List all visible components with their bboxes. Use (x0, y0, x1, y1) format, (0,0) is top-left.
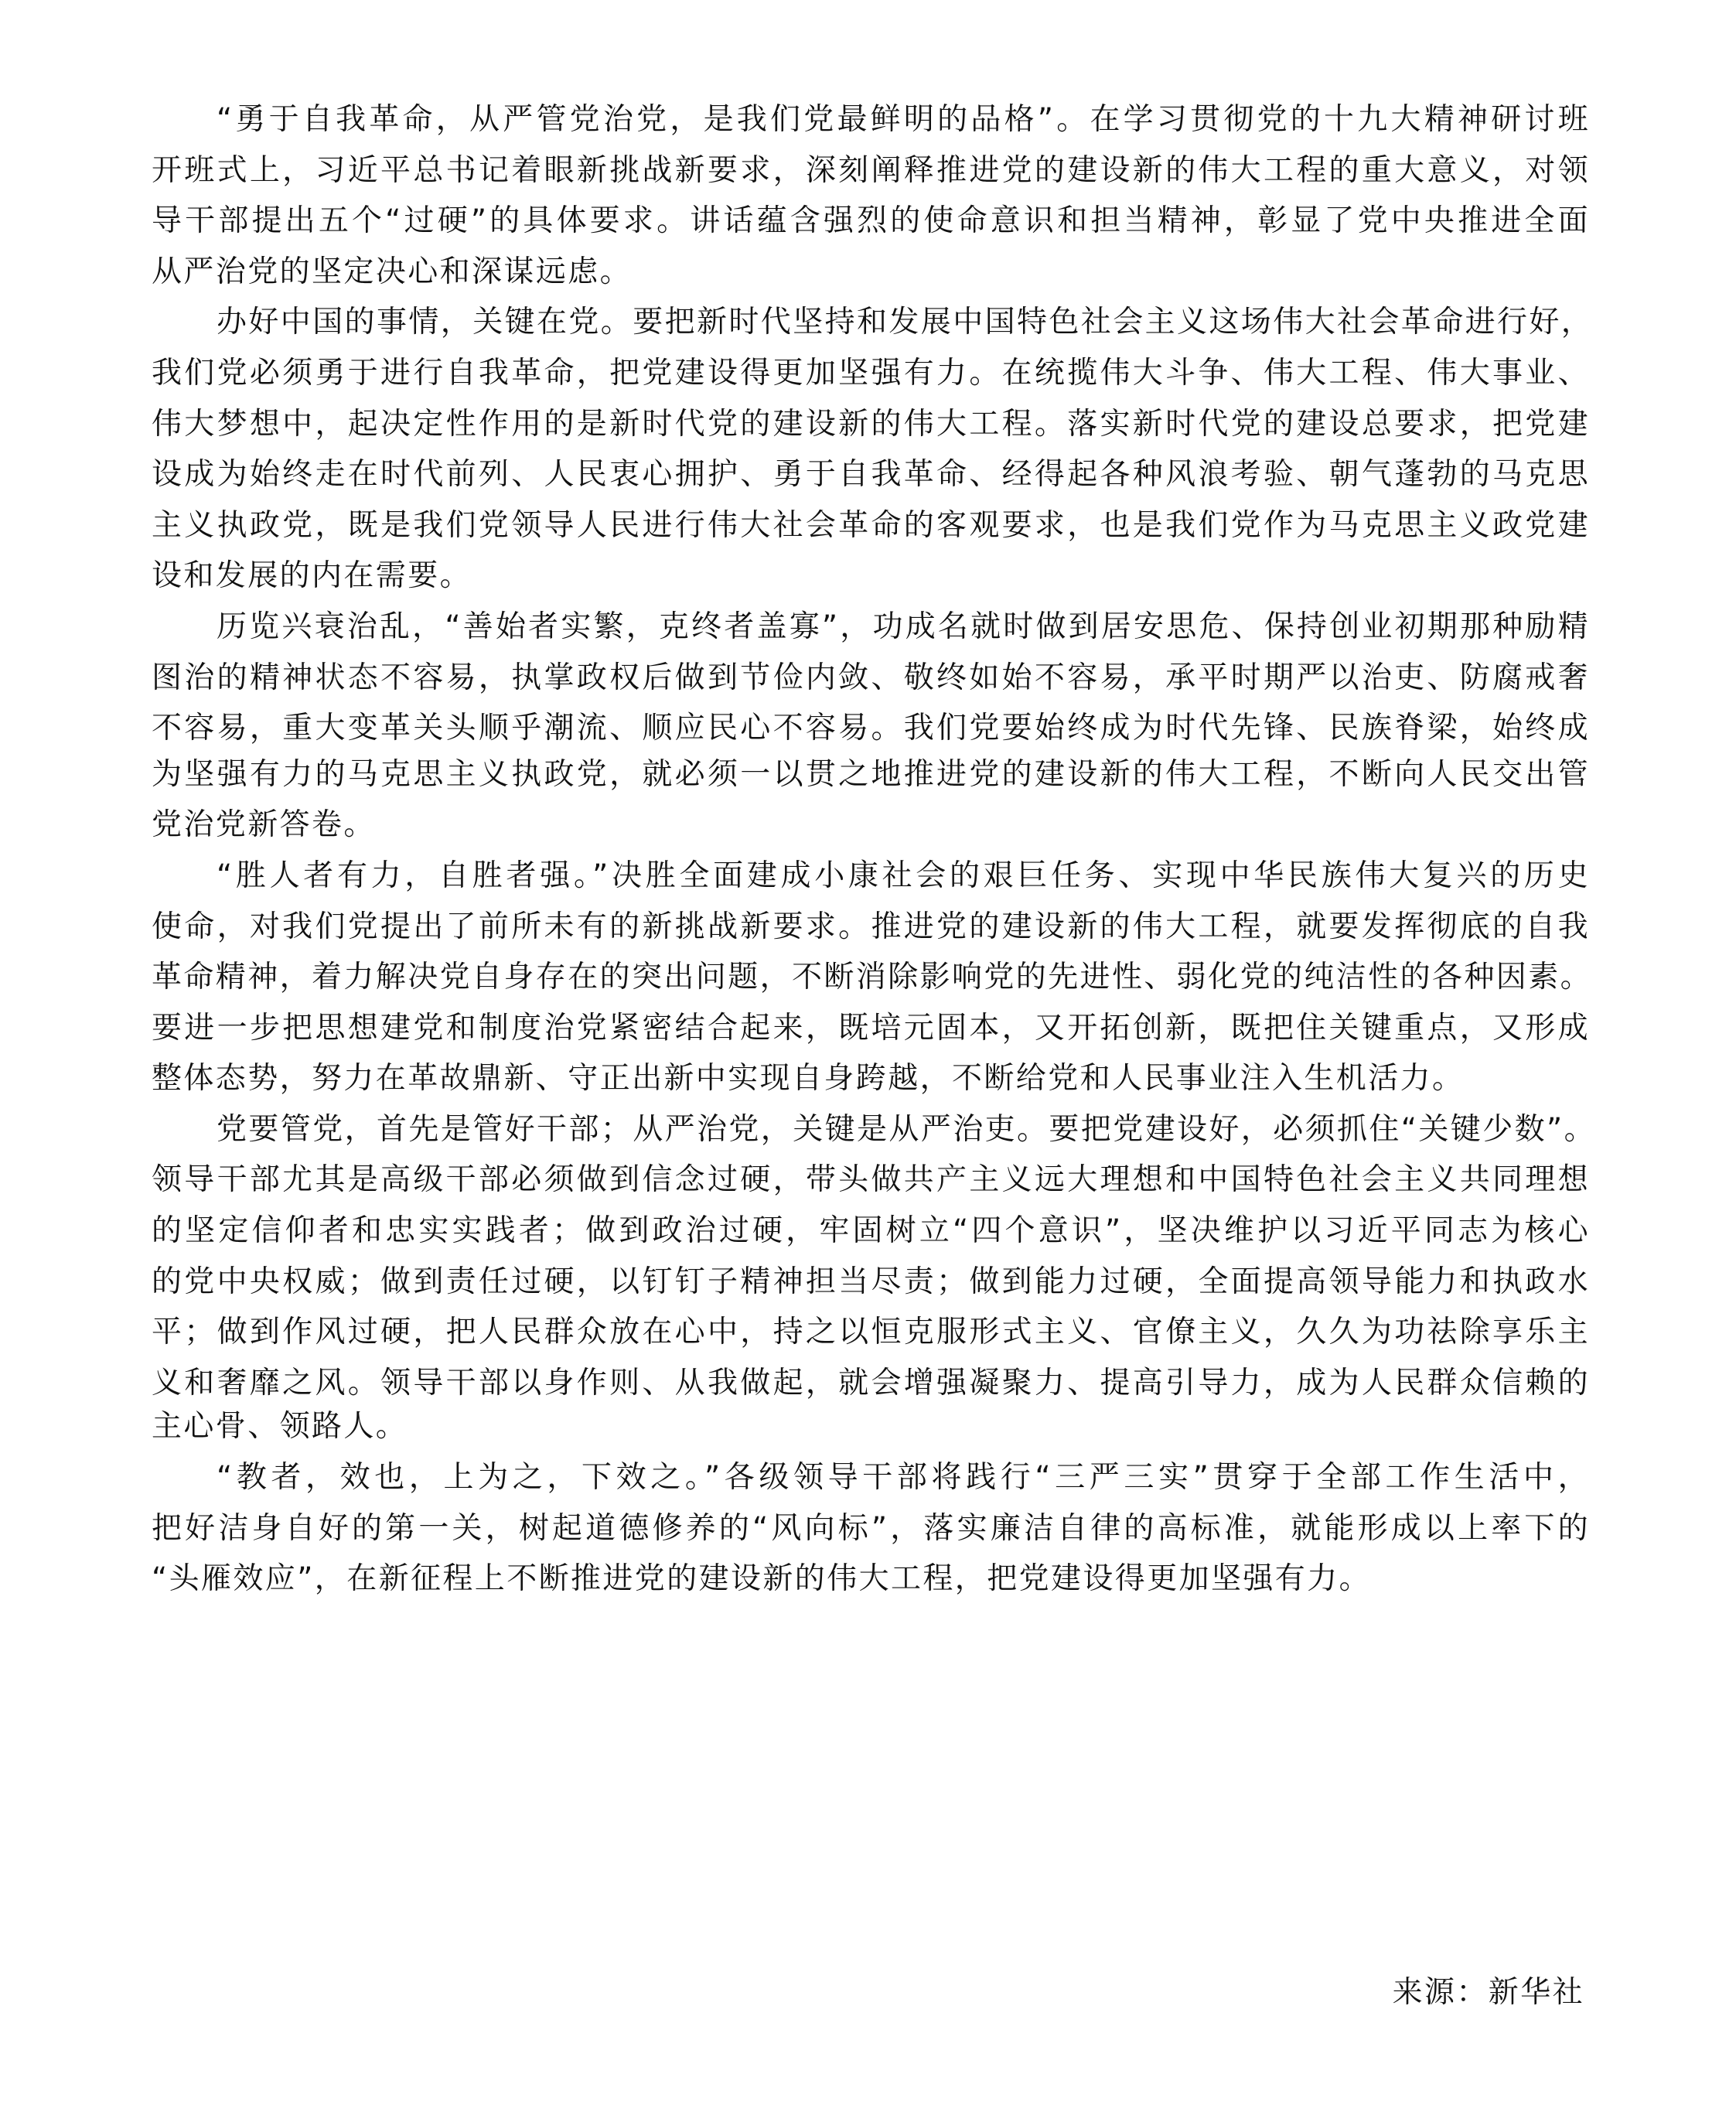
text-line: 伟大梦想中，起决定性作用的是新时代党的建设新的伟大工程。落实新时代党的建设总要求… (152, 399, 1590, 450)
text-line: 不容易，重大变革关头顺乎潮流、顺应民心不容易。我们党要始终成为时代先锋、民族脊梁… (152, 703, 1590, 754)
text-line: 革命精神，着力解决党自身存在的突出问题，不断消除影响党的先进性、弱化党的纯洁性的… (152, 952, 1590, 1003)
paragraph-4: “胜人者有力，自胜者强。”决胜全面建成小康社会的艰巨任务、实现中华民族伟大复兴的… (152, 851, 1590, 1104)
text-line: “头雁效应”，在新征程上不断推进党的建设新的伟大工程，把党建设得更加坚强有力。 (152, 1554, 1590, 1605)
text-line: 整体态势，努力在革故鼎新、守正出新中实现自身跨越，不断给党和人民事业注入生机活力… (152, 1053, 1590, 1104)
text-line: 导干部提出五个“过硬”的具体要求。讲话蕴含强烈的使命意识和担当精神，彰显了党中央… (152, 196, 1590, 247)
text-line: 我们党必须勇于进行自我革命，把党建设得更加坚强有力。在统揽伟大斗争、伟大工程、伟… (152, 348, 1590, 399)
text-line: 党要管党，首先是管好干部；从严治党，关键是从严治吏。要把党建设好，必须抓住“关键… (152, 1104, 1590, 1155)
text-line: 设和发展的内在需要。 (152, 551, 1590, 602)
text-line: 的坚定信仰者和忠实实践者；做到政治过硬，牢固树立“四个意识”，坚决维护以习近平同… (152, 1206, 1590, 1257)
text-line: 为坚强有力的马克思主义执政党，就必须一以贯之地推进党的建设新的伟大工程，不断向人… (152, 749, 1590, 800)
text-line: 领导干部尤其是高级干部必须做到信念过硬，带头做共产主义远大理想和中国特色社会主义… (152, 1155, 1590, 1206)
text-line: “胜人者有力，自胜者强。”决胜全面建成小康社会的艰巨任务、实现中华民族伟大复兴的… (152, 851, 1590, 902)
text-line: 图治的精神状态不容易，执掌政权后做到节俭内敛、敬终如始不容易，承平时期严以治吏、… (152, 653, 1590, 704)
text-line: 主义执政党，既是我们党领导人民进行伟大社会革命的客观要求，也是我们党作为马克思主… (152, 500, 1590, 551)
paragraph-3: 历览兴衰治乱，“善始者实繁，克终者盖寡”，功成名就时做到居安思危、保持创业初期那… (152, 602, 1590, 851)
source-attribution: 来源：新华社 (1393, 1973, 1584, 2012)
text-line: 主心骨、领路人。 (152, 1401, 1590, 1452)
text-line: 开班式上，习近平总书记着眼新挑战新要求，深刻阐释推进党的建设新的伟大工程的重大意… (152, 145, 1590, 196)
text-line: 从严治党的坚定决心和深谋远虑。 (152, 247, 1590, 298)
text-line: “勇于自我革命，从严管党治党，是我们党最鲜明的品格”。在学习贯彻党的十九大精神研… (152, 94, 1590, 145)
text-line: “教者，效也，上为之，下效之。”各级领导干部将践行“三严三实”贯穿于全部工作生活… (152, 1452, 1590, 1503)
text-line: 把好洁身自好的第一关，树起道德修养的“风向标”，落实廉洁自律的高标准，就能形成以… (152, 1503, 1590, 1554)
text-line: 办好中国的事情，关键在党。要把新时代坚持和发展中国特色社会主义这场伟大社会革命进… (152, 297, 1590, 348)
paragraph-6: “教者，效也，上为之，下效之。”各级领导干部将践行“三严三实”贯穿于全部工作生活… (152, 1452, 1590, 1605)
text-line: 历览兴衰治乱，“善始者实繁，克终者盖寡”，功成名就时做到居安思危、保持创业初期那… (152, 602, 1590, 653)
paragraph-2: 办好中国的事情，关键在党。要把新时代坚持和发展中国特色社会主义这场伟大社会革命进… (152, 297, 1590, 602)
paragraph-5: 党要管党，首先是管好干部；从严治党，关键是从严治吏。要把党建设好，必须抓住“关键… (152, 1104, 1590, 1452)
article-body: “勇于自我革命，从严管党治党，是我们党最鲜明的品格”。在学习贯彻党的十九大精神研… (152, 94, 1590, 1605)
text-line: 的党中央权威；做到责任过硬，以钉钉子精神担当尽责；做到能力过硬，全面提高领导能力… (152, 1257, 1590, 1308)
text-line: 平；做到作风过硬，把人民群众放在心中，持之以恒克服形式主义、官僚主义，久久为功祛… (152, 1307, 1590, 1358)
text-line: 党治党新答卷。 (152, 800, 1590, 851)
text-line: 使命，对我们党提出了前所未有的新挑战新要求。推进党的建设新的伟大工程，就要发挥彻… (152, 902, 1590, 953)
paragraph-1: “勇于自我革命，从严管党治党，是我们党最鲜明的品格”。在学习贯彻党的十九大精神研… (152, 94, 1590, 297)
text-line: 要进一步把思想建党和制度治党紧密结合起来，既培元固本，又开拓创新，既把住关键重点… (152, 1003, 1590, 1054)
text-line: 设成为始终走在时代前列、人民衷心拥护、勇于自我革命、经得起各种风浪考验、朝气蓬勃… (152, 449, 1590, 500)
